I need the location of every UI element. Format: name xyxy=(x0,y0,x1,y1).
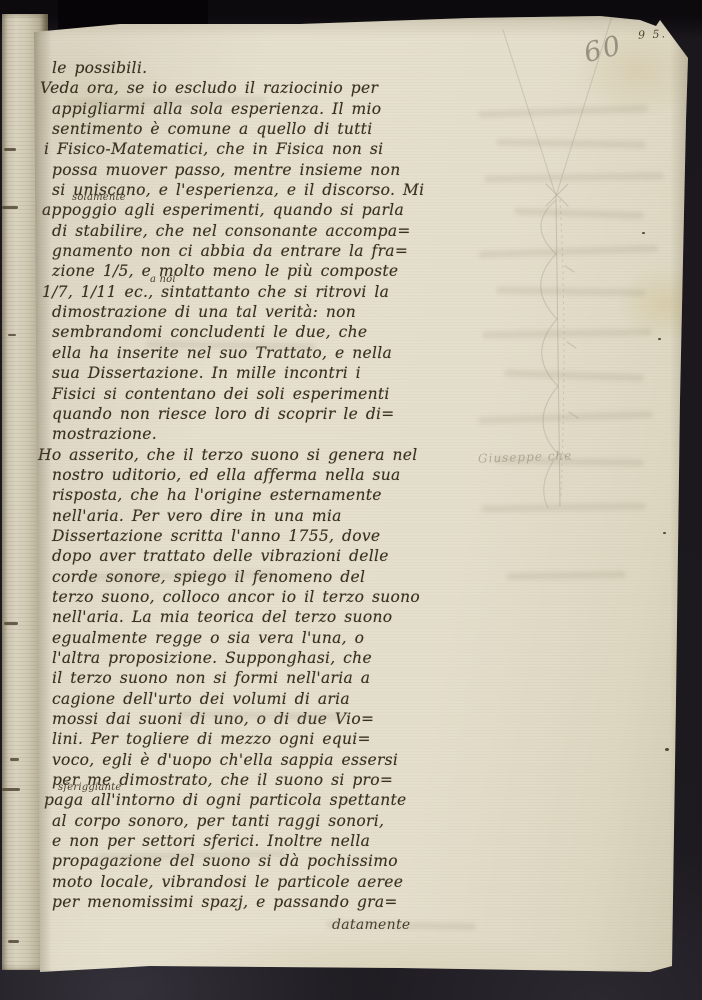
manuscript-line: propagazione del suono si dà pochissimo xyxy=(52,851,492,871)
manuscript-line: Ho asserito, che il terzo suono si gener… xyxy=(38,445,492,465)
manuscript-line: egualmente regge o sia vera l'una, o xyxy=(52,628,492,648)
manuscript-line-text: sua Dissertazione. In mille incontri i xyxy=(52,364,361,382)
manuscript-line-text: 1/7, 1/11 ec., sintattanto che si ritrov… xyxy=(42,283,389,301)
manuscript-line-text: voco, egli è d'uopo ch'ella sappia esser… xyxy=(52,751,398,769)
manuscript-line: il terzo suono non si formi nell'aria a xyxy=(52,668,492,688)
shelfmark-ink-annotation: 9 5. xyxy=(638,27,668,41)
manuscript-line-text: per menomissimi spazj, e passando gra= xyxy=(52,893,398,911)
manuscript-line: dimostrazione di una tal verità: non xyxy=(52,302,492,322)
manuscript-line: risposta, che ha l'origine esternamente xyxy=(52,485,492,505)
manuscript-line-text: lini. Per togliere di mezzo ogni equi= xyxy=(52,730,371,748)
leaf-edge-ink-mark xyxy=(2,206,18,209)
manuscript-line: moto locale, vibrandosi le particole aer… xyxy=(52,872,492,892)
manuscript-line-text: appigliarmi alla sola esperienza. Il mio xyxy=(52,100,381,118)
manuscript-line-text: nell'aria. La mia teorica del terzo suon… xyxy=(52,608,392,626)
manuscript-page: 9 5. 60 Giuseppe che le possibili.Veda o… xyxy=(26,12,692,986)
catchword: datamente xyxy=(332,917,410,933)
ink-speck xyxy=(663,532,666,534)
manuscript-line: e non per settori sferici. Inoltre nella xyxy=(52,831,492,851)
manuscript-line: Fisici si contentano dei soli esperiment… xyxy=(52,384,492,404)
ink-speck xyxy=(658,338,661,340)
manuscript-line-text: appoggio agli esperimenti, quando si par… xyxy=(42,201,404,219)
manuscript-line-text: i Fisico-Matematici, che in Fisica non s… xyxy=(44,140,383,158)
manuscript-line-text: mostrazione. xyxy=(52,425,157,443)
manuscript-line: voco, egli è d'uopo ch'ella sappia esser… xyxy=(52,750,492,770)
manuscript-line-text: moto locale, vibrandosi le particole aer… xyxy=(52,873,403,891)
manuscript-line: corde sonore, spiego il fenomeno del xyxy=(52,567,492,587)
manuscript-line: quando non riesce loro di scoprir le di= xyxy=(52,404,492,424)
manuscript-line: mostrazione. xyxy=(52,424,492,444)
manuscript-line-text: e non per settori sferici. Inoltre nella xyxy=(52,832,370,850)
manuscript-line-text: gnamento non ci abbia da entrare la fra= xyxy=(52,242,408,260)
manuscript-line: l'altra proposizione. Supponghasi, che xyxy=(52,648,492,668)
manuscript-line: al corpo sonoro, per tanti raggi sonori, xyxy=(52,811,492,831)
leaf-edge-ink-mark xyxy=(10,758,19,761)
manuscript-line: gnamento non ci abbia da entrare la fra= xyxy=(52,241,492,261)
manuscript-line: 1/7, 1/11 ec., sintattanto che si ritrov… xyxy=(42,282,492,302)
manuscript-line: i Fisico-Matematici, che in Fisica non s… xyxy=(44,139,492,159)
manuscript-line: nell'aria. Per vero dire in una mia xyxy=(52,506,492,526)
ink-bleedthrough-streak xyxy=(506,571,626,580)
manuscript-line: Dissertazione scritta l'anno 1755, dove xyxy=(52,526,492,546)
manuscript-line: di stabilire, che nel consonante accompa… xyxy=(52,221,492,241)
manuscript-line: per menomissimi spazj, e passando gra= xyxy=(52,892,492,912)
manuscript-line-text: Ho asserito, che il terzo suono si gener… xyxy=(38,446,418,464)
manuscript-line-text: le possibili. xyxy=(52,59,147,77)
manuscript-line-text: sentimento è comune a quello di tutti xyxy=(52,120,372,138)
manuscript-line: terzo suono, colloco ancor io il terzo s… xyxy=(52,587,492,607)
manuscript-line-text: al corpo sonoro, per tanti raggi sonori, xyxy=(52,812,384,830)
manuscript-line: sentimento è comune a quello di tutti xyxy=(52,119,492,139)
ink-speck xyxy=(665,748,669,751)
manuscript-line-text: paga all'intorno di ogni particola spett… xyxy=(44,791,406,809)
leaf-edge-ink-mark xyxy=(8,334,16,336)
manuscript-line-text: dimostrazione di una tal verità: non xyxy=(52,303,356,321)
manuscript-line: paga all'intorno di ogni particola spett… xyxy=(44,790,492,810)
manuscript-line: lini. Per togliere di mezzo ogni equi= xyxy=(52,729,492,749)
manuscript-line-text: cagione dell'urto dei volumi di aria xyxy=(52,690,350,708)
interlinear-insertion: sferiggiante xyxy=(58,782,121,793)
manuscript-line: nostro uditorio, ed ella afferma nella s… xyxy=(52,465,492,485)
manuscript-line-text: l'altra proposizione. Supponghasi, che xyxy=(52,649,372,667)
interlinear-insertion: solamente xyxy=(72,192,126,203)
manuscript-line-text: mossi dai suoni di uno, o di due Vio= xyxy=(52,710,374,728)
manuscript-line: cagione dell'urto dei volumi di aria xyxy=(52,689,492,709)
handwritten-text-block: le possibili.Veda ora, se io escludo il … xyxy=(52,58,492,912)
manuscript-line-text: corde sonore, spiego il fenomeno del xyxy=(52,568,365,586)
leaf-edge-ink-mark xyxy=(4,622,18,625)
manuscript-line: appoggio agli esperimenti, quando si par… xyxy=(42,200,492,220)
manuscript-line-text: nostro uditorio, ed ella afferma nella s… xyxy=(52,466,401,484)
ink-speck xyxy=(642,232,645,234)
manuscript-line-text: risposta, che ha l'origine esternamente xyxy=(52,486,382,504)
manuscript-line-text: Veda ora, se io escludo il raziocinio pe… xyxy=(40,79,378,97)
manuscript-line-text: quando non riesce loro di scoprir le di= xyxy=(52,405,395,423)
manuscript-line: Veda ora, se io escludo il raziocinio pe… xyxy=(40,78,492,98)
manuscript-line: sua Dissertazione. In mille incontri i xyxy=(52,363,492,383)
leaf-edge-ink-mark xyxy=(4,148,16,151)
manuscript-line-text: nell'aria. Per vero dire in una mia xyxy=(52,507,342,525)
manuscript-line: zione 1/5, e molto meno le più composte xyxy=(52,261,492,281)
manuscript-line-text: il terzo suono non si formi nell'aria a xyxy=(52,669,370,687)
manuscript-line-text: zione 1/5, e molto meno le più composte xyxy=(52,262,398,280)
manuscript-line-text: terzo suono, colloco ancor io il terzo s… xyxy=(52,588,420,606)
manuscript-line-text: sembrandomi concludenti le due, che xyxy=(52,323,367,341)
manuscript-line: nell'aria. La mia teorica del terzo suon… xyxy=(52,607,492,627)
manuscript-line-text: ella ha inserite nel suo Trattato, e nel… xyxy=(52,344,392,362)
manuscript-line-text: dopo aver trattato delle vibrazioni dell… xyxy=(52,547,389,565)
manuscript-line-text: Fisici si contentano dei soli esperiment… xyxy=(52,385,390,403)
manuscript-line: le possibili. xyxy=(52,58,492,78)
leaf-edge-ink-mark xyxy=(8,940,19,943)
photo-backdrop: 9 5. 60 Giuseppe che le possibili.Veda o… xyxy=(0,0,702,1000)
manuscript-line-text: Dissertazione scritta l'anno 1755, dove xyxy=(52,527,380,545)
manuscript-line-text: propagazione del suono si dà pochissimo xyxy=(52,852,398,870)
manuscript-line: ella ha inserite nel suo Trattato, e nel… xyxy=(52,343,492,363)
manuscript-line-text: egualmente regge o sia vera l'una, o xyxy=(52,629,364,647)
manuscript-line: appigliarmi alla sola esperienza. Il mio xyxy=(52,99,492,119)
interlinear-insertion: a noi xyxy=(150,274,176,285)
leaf-edge-ink-mark xyxy=(2,788,20,791)
manuscript-line: possa muover passo, mentre insieme non xyxy=(52,160,492,180)
manuscript-line: mossi dai suoni di uno, o di due Vio= xyxy=(52,709,492,729)
manuscript-line-text: possa muover passo, mentre insieme non xyxy=(52,161,400,179)
manuscript-line: sembrandomi concludenti le due, che xyxy=(52,322,492,342)
manuscript-line: dopo aver trattato delle vibrazioni dell… xyxy=(52,546,492,566)
manuscript-line-text: di stabilire, che nel consonante accompa… xyxy=(52,222,411,240)
